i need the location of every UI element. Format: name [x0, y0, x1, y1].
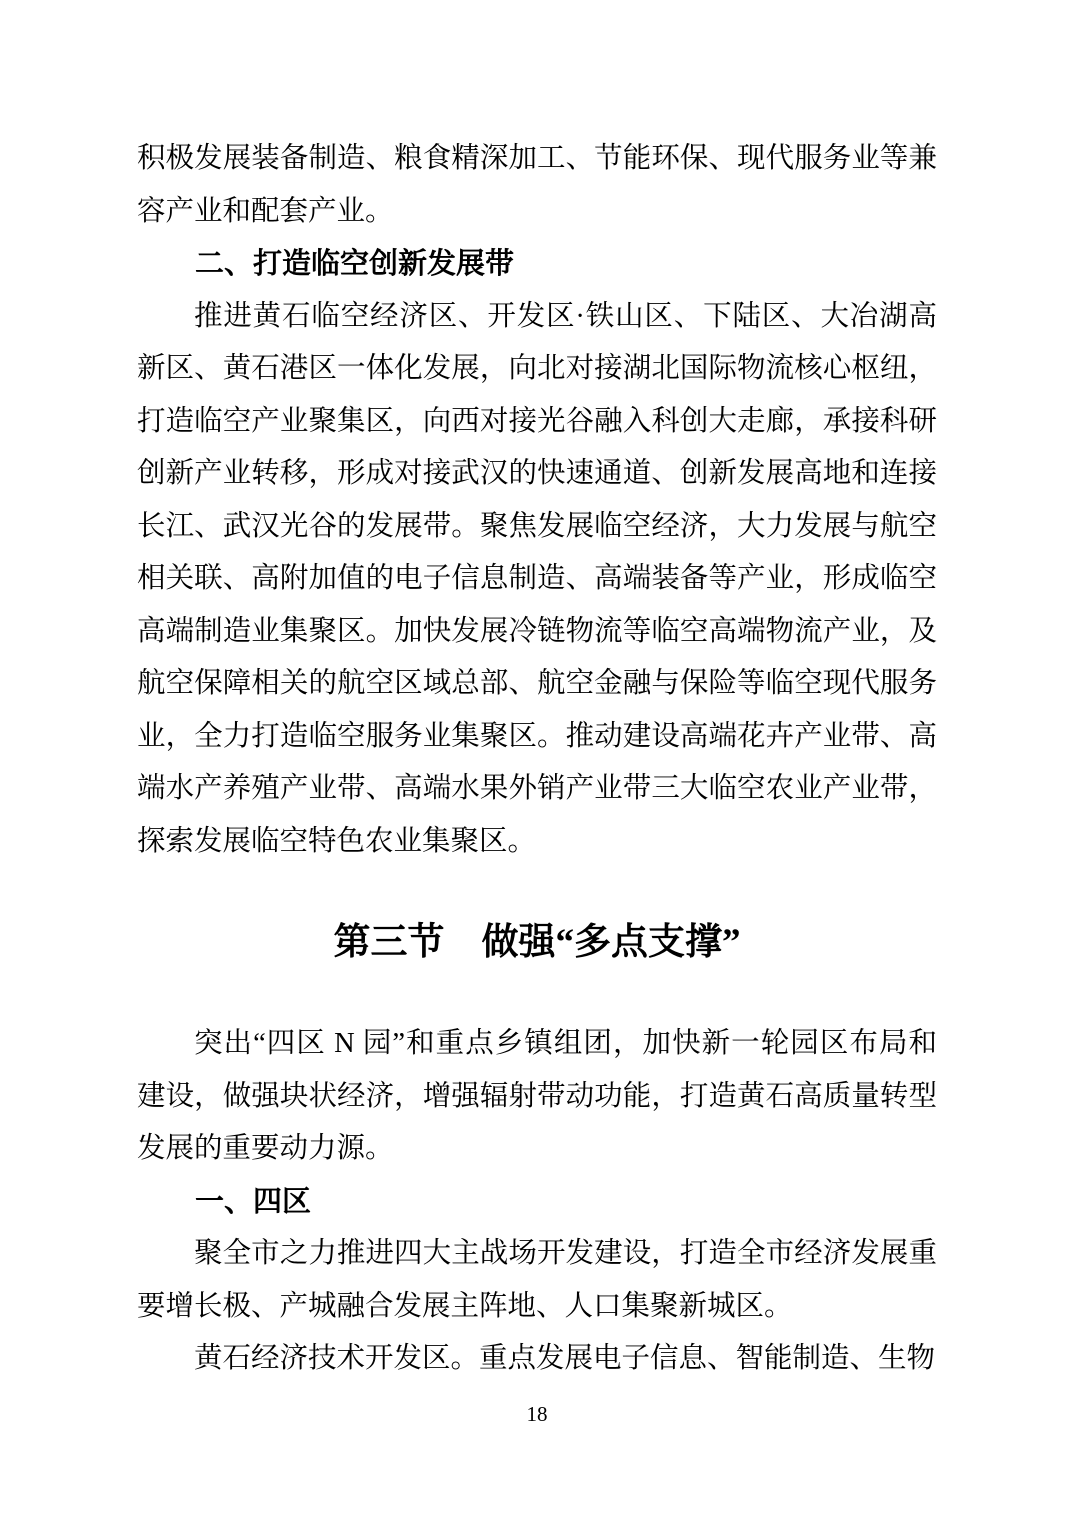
paragraph-continuation: 积极发展装备制造、粮食精深加工、节能环保、现代服务业等兼容产业和配套产业。: [137, 133, 937, 238]
section-heading-multi-point-support: 第三节 做强“多点支撑”: [137, 913, 937, 973]
page-number: 18: [0, 1400, 1074, 1428]
paragraph-airport-belt: 推进黄石临空经济区、开发区·铁山区、下陆区、大冶湖高新区、黄石港区一体化发展，向…: [137, 291, 937, 869]
document-page: 积极发展装备制造、粮食精深加工、节能环保、现代服务业等兼容产业和配套产业。 二、…: [0, 0, 1074, 1520]
paragraph-economic-development-zone: 黄石经济技术开发区。重点发展电子信息、智能制造、生物: [137, 1333, 937, 1386]
heading-four-districts: 一、四区: [137, 1176, 937, 1229]
paragraph-multi-point-intro: 突出“四区 N 园”和重点乡镇组团，加快新一轮园区布局和建设，做强块状经济，增强…: [137, 1018, 937, 1176]
paragraph-four-districts: 聚全市之力推进四大主战场开发建设，打造全市经济发展重要增长极、产城融合发展主阵地…: [137, 1228, 937, 1333]
heading-airport-innovation-belt: 二、打造临空创新发展带: [137, 238, 937, 291]
document-body: 积极发展装备制造、粮食精深加工、节能环保、现代服务业等兼容产业和配套产业。 二、…: [137, 133, 937, 1386]
